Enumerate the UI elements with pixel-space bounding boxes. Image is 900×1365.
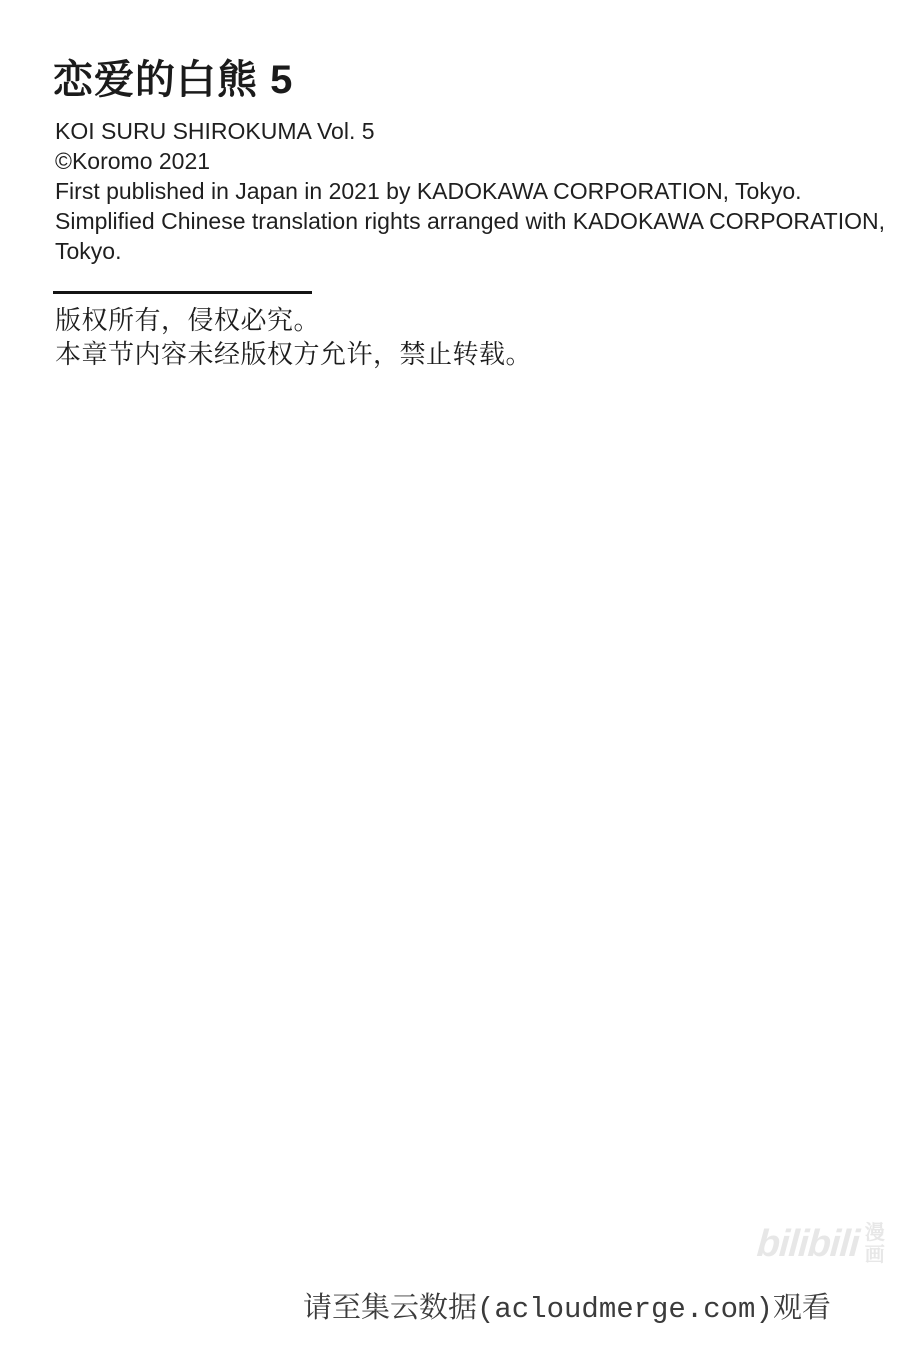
copyright-line: Simplified Chinese translation rights ar… <box>55 206 885 236</box>
bilibili-manga-watermark: bilibili 漫 画 <box>757 1222 885 1266</box>
bilibili-logo-icon: bilibili <box>756 1225 860 1263</box>
rights-notice: 版权所有，侵权必究。 本章节内容未经版权方允许，禁止转载。 <box>55 303 532 371</box>
copyright-line: Tokyo. <box>55 236 885 266</box>
manga-label-bottom: 画 <box>865 1244 885 1266</box>
notice-line: 本章节内容未经版权方允许，禁止转载。 <box>55 337 532 371</box>
divider <box>53 291 312 294</box>
colophon-page: 恋爱的白熊 5 KOI SURU SHIROKUMA Vol. 5 ©Korom… <box>0 0 900 1365</box>
copyright-line: ©Koromo 2021 <box>55 146 885 176</box>
manga-label: 漫 画 <box>865 1222 885 1266</box>
copyright-block: KOI SURU SHIROKUMA Vol. 5 ©Koromo 2021 F… <box>55 116 885 266</box>
copyright-line: KOI SURU SHIROKUMA Vol. 5 <box>55 116 885 146</box>
copyright-line: First published in Japan in 2021 by KADO… <box>55 176 885 206</box>
source-site-note: 请至集云数据(acloudmerge.com)观看 <box>303 1292 831 1328</box>
page-title: 恋爱的白熊 5 <box>53 56 293 104</box>
notice-line: 版权所有，侵权必究。 <box>55 303 532 337</box>
manga-label-top: 漫 <box>865 1222 885 1244</box>
